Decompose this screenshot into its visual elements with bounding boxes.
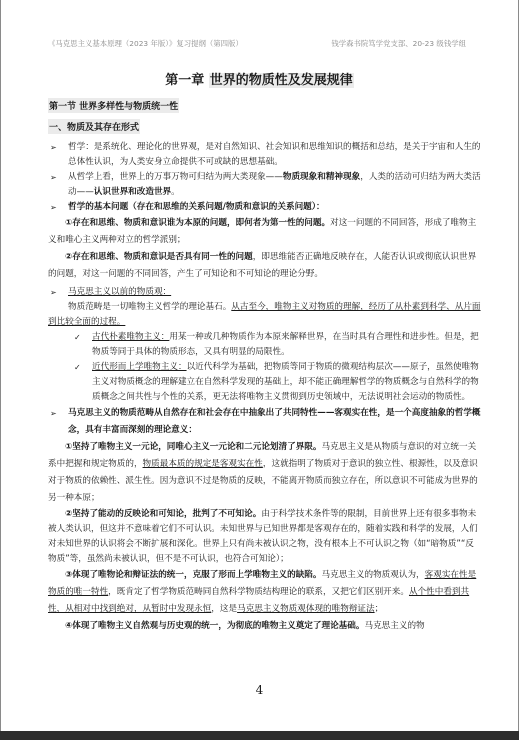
header-right: 钱学森书院笃学党支部、20-23 级钱学组 (331, 38, 466, 49)
sub-modern-materialism: ✓ 近代形而上学唯物主义：以近代科学为基础，把物质等同于物质的微观结构层次——原… (48, 360, 482, 405)
sub-ancient-materialism: ✓ 古代朴素唯物主义：用某一种或几种物质作为本原来解释世界，在当时具有合理性和进… (48, 330, 482, 360)
bullet-philosophy: ➢ 哲学：是系统化、理论化的世界观，是对自然知识、社会知识和思维知识的概括和总结… (48, 140, 482, 170)
bullet-marxist-matter: ➢ 马克思主义的物质范畴从自然存在和社会存在中抽象出了共同特性——客观实在性，是… (48, 405, 482, 439)
page-number: 4 (1, 683, 518, 697)
pre-marxist-paragraph: 物质范畴是一切唯物主义哲学的理论基石。从古至今，唯物主义对物质的理解，经历了从朴… (48, 300, 482, 330)
significance-4: ④体现了唯物主义自然观与历史观的统一，为彻底的唯物主义奠定了理论基础。马克思主义… (48, 618, 482, 635)
bullet-two-phenomena: ➢ 从哲学上看，世界上的万事万物可归结为两大类现象——物质现象和精神现象，人类的… (48, 170, 482, 200)
viewer-bottom-bar (0, 731, 519, 740)
arrow-bullet-icon: ➢ (50, 405, 57, 422)
subsection-heading: 一、物质及其存在形式 (48, 119, 140, 134)
section-heading: 第一节 世界多样性与物质统一性 (48, 98, 179, 113)
chapter-prefix: 第一章 (165, 73, 204, 88)
bullet-basic-question: ➢ 哲学的基本问题（存在和思维的关系问题/物质和意识的关系问题）： (48, 200, 482, 215)
chapter-name: 世界的物质性及发展规律 (209, 73, 354, 88)
question-2: ②存在和思维、物质和意识是否具有同一性的问题，即思维能否正确地反映存在，人能否认… (48, 249, 482, 283)
arrow-bullet-icon: ➢ (50, 170, 57, 185)
running-header: 《马克思主义基本原理（2023 年版）》复习提纲（第四版） 钱学森书院笃学党支部… (48, 38, 466, 49)
arrow-bullet-icon: ➢ (50, 285, 57, 300)
check-bullet-icon: ✓ (74, 360, 81, 375)
significance-1: ①坚持了唯物主义一元论，同唯心主义一元论和二元论划清了界限。马克思主义是从物质与… (48, 439, 482, 507)
document-body: ➢ 哲学：是系统化、理论化的世界观，是对自然知识、社会知识和思维知识的概括和总结… (48, 140, 482, 635)
significance-2: ②坚持了能动的反映论和可知论，批判了不可知论。由于科学技术条件等的限制，目前世界… (48, 507, 482, 567)
significance-3: ③体现了唯物论和辩证法的统一，克服了形而上学唯物主义的缺陷。马克思主义的物质观认… (48, 567, 482, 618)
arrow-bullet-icon: ➢ (50, 200, 57, 215)
check-bullet-icon: ✓ (74, 330, 81, 345)
arrow-bullet-icon: ➢ (50, 140, 57, 155)
question-1: ①存在和思维、物质和意识谁为本原的问题，即何者为第一性的问题。对这一问题的不同回… (48, 215, 482, 249)
chapter-title: 第一章 世界的物质性及发展规律 (1, 69, 518, 88)
header-left: 《马克思主义基本原理（2023 年版）》复习提纲（第四版） (48, 38, 243, 49)
document-page: 《马克思主义基本原理（2023 年版）》复习提纲（第四版） 钱学森书院笃学党支部… (0, 0, 519, 731)
bullet-pre-marxist: ➢ 马克思主义以前的物质观： (48, 285, 482, 300)
